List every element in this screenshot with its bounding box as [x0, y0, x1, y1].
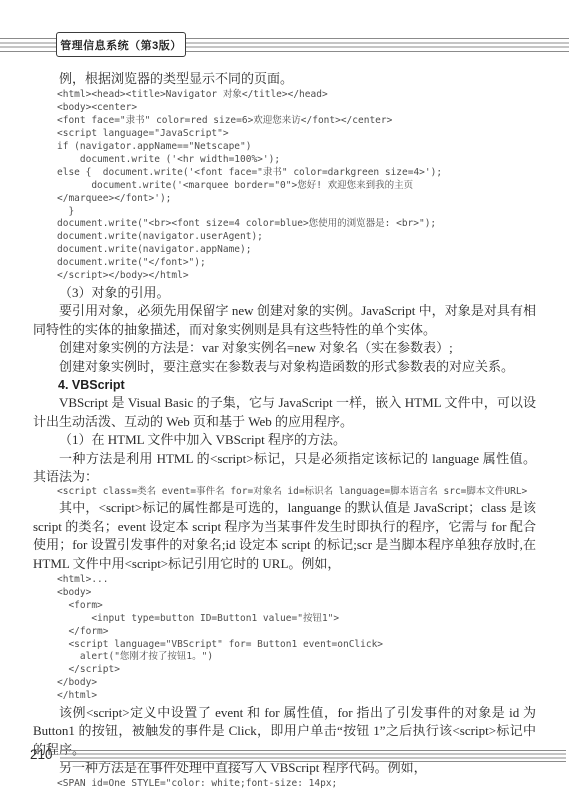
- paragraph-create-method: 创建对象实例的方法是：var 对象实例名=new 对象名（实在参数表）;: [33, 339, 536, 357]
- paragraph-method2: 另一种方法是在事件处理中直接写入 VBScript 程序代码。例如，: [33, 759, 536, 777]
- code-block-javascript-navigator: <html><head><title>Navigator 对象</title><…: [57, 88, 536, 284]
- paragraph-object-ref-title: （3）对象的引用。: [33, 284, 536, 302]
- paragraph-script-attrs: 其中，<script>标记的属性都是可选的，languange 的默认值是 Ja…: [33, 499, 536, 573]
- code-line-span: <SPAN id=One STYLE="color: white;font-si…: [57, 778, 536, 791]
- paragraph-vbscript-intro: VBScript 是 Visual Basic 的子集，它与 JavaScrip…: [33, 394, 536, 431]
- paragraph-object-ref-body: 要引用对象，必须先用保留字 new 创建对象的实例。JavaScript 中，对…: [33, 302, 536, 339]
- book-page: 管理信息系统（第3版） 例，根据浏览器的类型显示不同的页面。 <html><he…: [0, 0, 569, 800]
- paragraph-method-title: （1）在 HTML 文件中加入 VBScript 程序的方法。: [33, 431, 536, 449]
- paragraph-create-note: 创建对象实例时，要注意实在参数表与对象构造函数的形式参数表的对应关系。: [33, 358, 536, 376]
- footer-rule-lines: [60, 750, 566, 762]
- book-title-box: 管理信息系统（第3版）: [56, 32, 186, 57]
- code-line-script-syntax: <script class=类名 event=事件名 for=对象名 id=标识…: [57, 486, 536, 499]
- code-block-vbscript-example: <html>... <body> <form> <input type=butt…: [57, 573, 536, 704]
- book-title: 管理信息系统（第3版）: [60, 37, 182, 53]
- page-number: 210: [30, 747, 53, 762]
- heading-vbscript: 4. VBScript: [33, 376, 536, 394]
- page-content: 例，根据浏览器的类型显示不同的页面。 <html><head><title>Na…: [33, 70, 536, 791]
- paragraph-intro: 例，根据浏览器的类型显示不同的页面。: [33, 70, 536, 88]
- paragraph-method1: 一种方法是利用 HTML 的<script>标记，只是必须指定该标记的 lang…: [33, 450, 536, 487]
